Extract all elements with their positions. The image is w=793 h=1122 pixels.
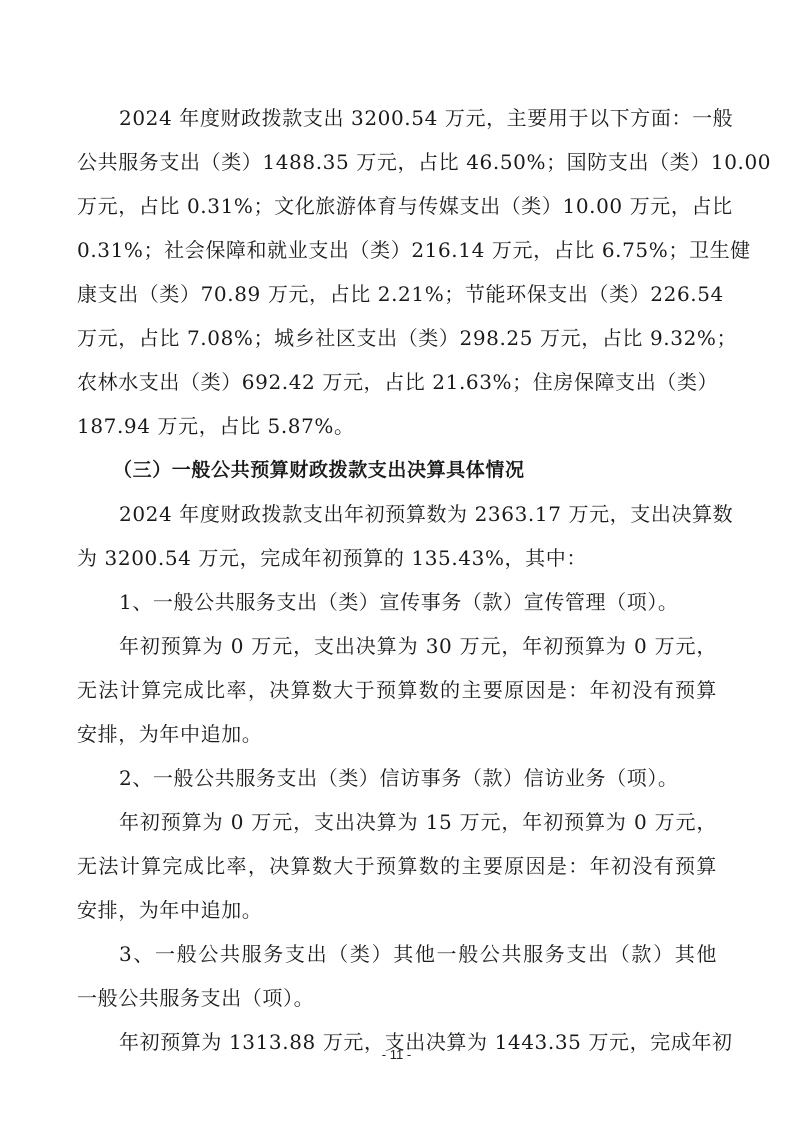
text-line: 年初预算为 0 万元，支出决算为 30 万元，年初预算为 0 万元， [77, 624, 717, 668]
paragraph-expenditure-breakdown: 2024 年度财政拨款支出 3200.54 万元，主要用于以下方面：一般 公共服… [77, 96, 717, 448]
item-3-title: 3、一般公共服务支出（类）其他一般公共服务支出（款）其他 一般公共服务支出（项）… [77, 932, 717, 1020]
page-number: - 11 - [0, 1047, 793, 1062]
document-page: 2024 年度财政拨款支出 3200.54 万元，主要用于以下方面：一般 公共服… [77, 96, 717, 1064]
text-line: 一般公共服务支出（项）。 [77, 976, 717, 1020]
text-line: 0.31%；社会保障和就业支出（类）216.14 万元，占比 6.75%；卫生健 [77, 228, 717, 272]
section-heading: （三）一般公共预算财政拨款支出决算具体情况 [77, 448, 717, 492]
text-line: 为 3200.54 万元，完成年初预算的 135.43%，其中： [77, 536, 717, 580]
text-line: 2024 年度财政拨款支出年初预算数为 2363.17 万元，支出决算数 [77, 492, 717, 536]
text-line: 安排，为年中追加。 [77, 712, 717, 756]
text-line: 公共服务支出（类）1488.35 万元，占比 46.50%；国防支出（类）10.… [77, 140, 717, 184]
text-line: 无法计算完成比率，决算数大于预算数的主要原因是：年初没有预算 [77, 668, 717, 712]
text-line: 187.94 万元，占比 5.87%。 [77, 404, 717, 448]
item-1-title: 1、一般公共服务支出（类）宣传事务（款）宣传管理（项）。 [77, 580, 717, 624]
text-line: 年初预算为 0 万元，支出决算为 15 万元，年初预算为 0 万元， [77, 800, 717, 844]
text-line: 康支出（类）70.89 万元，占比 2.21%；节能环保支出（类）226.54 [77, 272, 717, 316]
text-line: 安排，为年中追加。 [77, 888, 717, 932]
paragraph-budget-summary: 2024 年度财政拨款支出年初预算数为 2363.17 万元，支出决算数 为 3… [77, 492, 717, 580]
item-2-body: 年初预算为 0 万元，支出决算为 15 万元，年初预算为 0 万元， 无法计算完… [77, 800, 717, 932]
text-line: 万元，占比 7.08%；城乡社区支出（类）298.25 万元，占比 9.32%； [77, 316, 717, 360]
item-2-title: 2、一般公共服务支出（类）信访事务（款）信访业务（项）。 [77, 756, 717, 800]
text-line: 农林水支出（类）692.42 万元，占比 21.63%；住房保障支出（类） [77, 360, 717, 404]
item-1-body: 年初预算为 0 万元，支出决算为 30 万元，年初预算为 0 万元， 无法计算完… [77, 624, 717, 756]
text-line: 无法计算完成比率，决算数大于预算数的主要原因是：年初没有预算 [77, 844, 717, 888]
text-line: 3、一般公共服务支出（类）其他一般公共服务支出（款）其他 [77, 932, 717, 976]
text-line: 2024 年度财政拨款支出 3200.54 万元，主要用于以下方面：一般 [77, 96, 717, 140]
text-line: 万元，占比 0.31%；文化旅游体育与传媒支出（类）10.00 万元，占比 [77, 184, 717, 228]
